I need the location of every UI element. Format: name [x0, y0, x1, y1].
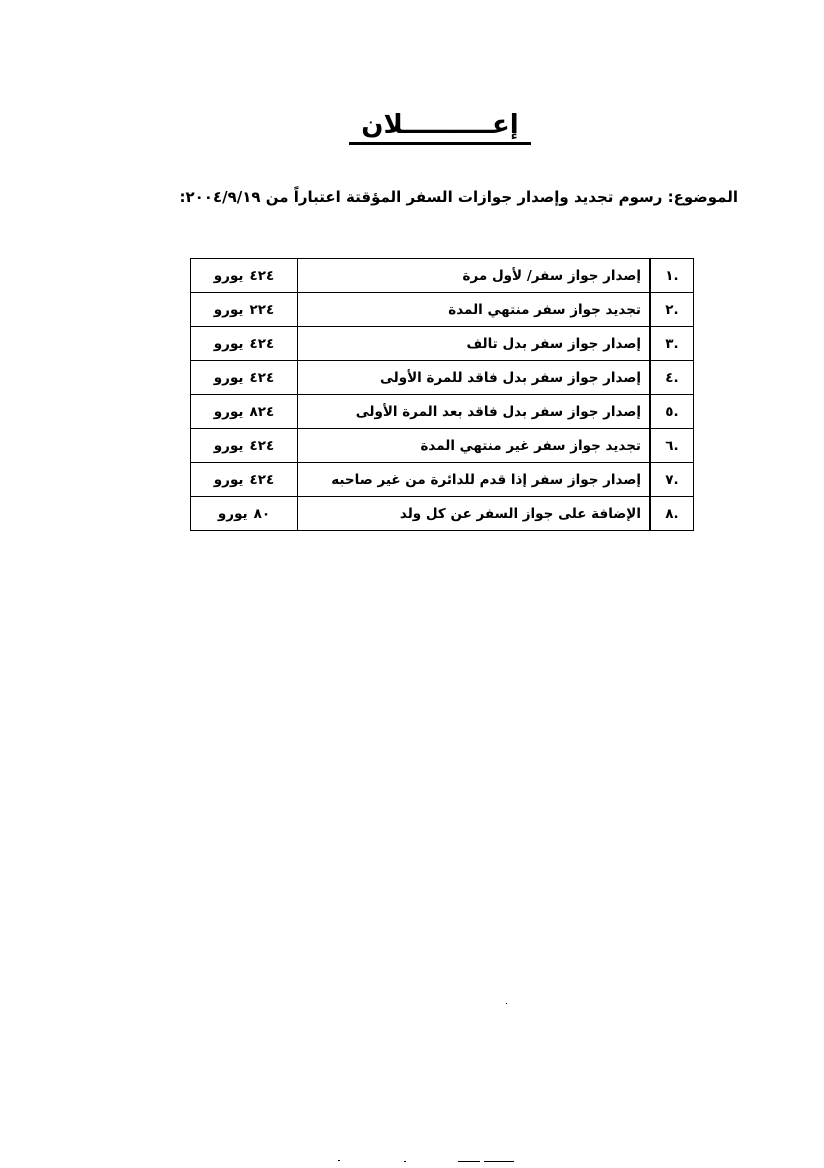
page-title: إعــــــــــلان — [300, 110, 580, 145]
fee-amount: ٤٢٤ — [249, 370, 274, 386]
row-number: .٥ — [650, 395, 694, 429]
row-number: .٧ — [650, 463, 694, 497]
table-row: .٦ تجديد جواز سفر غير منتهي المدة ٤٢٤يور… — [191, 429, 694, 463]
fee-description: إصدار جواز سفر بدل فاقد للمرة الأولى — [298, 361, 651, 395]
scan-artifact — [458, 1161, 480, 1162]
fee-currency: يورو — [214, 268, 244, 284]
fee-currency: يورو — [214, 302, 244, 318]
fees-table: .١ إصدار جواز سفر/ لأول مرة ٤٢٤يورو .٢ ت… — [190, 258, 694, 531]
scan-artifact — [404, 1161, 406, 1162]
fee-description: إصدار جواز سفر إذا قدم للدائرة من غير صا… — [298, 463, 651, 497]
fee-amount: ٤٢٤ — [249, 438, 274, 454]
page-title-text: إعــــــــــلان — [349, 110, 530, 145]
fee-cell: ٤٢٤يورو — [191, 259, 298, 293]
fee-amount: ٨٢٤ — [249, 404, 274, 420]
fee-description: تجديد جواز سفر غير منتهي المدة — [298, 429, 651, 463]
subject-line: الموضوع: رسوم تجديد وإصدار جوازات السفر … — [118, 188, 738, 206]
fee-amount: ٢٢٤ — [249, 302, 274, 318]
table-row: .١ إصدار جواز سفر/ لأول مرة ٤٢٤يورو — [191, 259, 694, 293]
fee-cell: ٤٢٤يورو — [191, 361, 298, 395]
fee-cell: ٨٠يورو — [191, 497, 298, 531]
fee-currency: يورو — [214, 404, 244, 420]
fee-cell: ٤٢٤يورو — [191, 327, 298, 361]
fee-cell: ٤٢٤يورو — [191, 429, 298, 463]
row-number: .٤ — [650, 361, 694, 395]
table-row: .٥ إصدار جواز سفر بدل فاقد بعد المرة الأ… — [191, 395, 694, 429]
fee-description: تجديد جواز سفر منتهي المدة — [298, 293, 651, 327]
scan-artifact — [338, 1160, 340, 1161]
fee-currency: يورو — [214, 438, 244, 454]
fee-cell: ٢٢٤يورو — [191, 293, 298, 327]
row-number: .٣ — [650, 327, 694, 361]
row-number: .٨ — [650, 497, 694, 531]
fee-cell: ٤٢٤يورو — [191, 463, 298, 497]
fee-description: إصدار جواز سفر بدل تالف — [298, 327, 651, 361]
row-number: .٦ — [650, 429, 694, 463]
row-number: .٢ — [650, 293, 694, 327]
fee-currency: يورو — [214, 370, 244, 386]
table-row: .٢ تجديد جواز سفر منتهي المدة ٢٢٤يورو — [191, 293, 694, 327]
fee-description: إصدار جواز سفر/ لأول مرة — [298, 259, 651, 293]
scan-artifact — [484, 1161, 514, 1162]
table-row: .٤ إصدار جواز سفر بدل فاقد للمرة الأولى … — [191, 361, 694, 395]
fee-amount: ٨٠ — [254, 506, 270, 522]
table-row: .٣ إصدار جواز سفر بدل تالف ٤٢٤يورو — [191, 327, 694, 361]
scan-artifact — [506, 1003, 507, 1004]
fee-currency: يورو — [214, 472, 244, 488]
table-row: .٧ إصدار جواز سفر إذا قدم للدائرة من غير… — [191, 463, 694, 497]
fee-currency: يورو — [214, 336, 244, 352]
fee-amount: ٤٢٤ — [249, 472, 274, 488]
fee-cell: ٨٢٤يورو — [191, 395, 298, 429]
fee-amount: ٤٢٤ — [249, 336, 274, 352]
row-number: .١ — [650, 259, 694, 293]
fee-amount: ٤٢٤ — [249, 268, 274, 284]
fee-description: إصدار جواز سفر بدل فاقد بعد المرة الأولى — [298, 395, 651, 429]
fee-currency: يورو — [218, 506, 248, 522]
table-row: .٨ الإضافة على جواز السفر عن كل ولد ٨٠يو… — [191, 497, 694, 531]
fee-description: الإضافة على جواز السفر عن كل ولد — [298, 497, 651, 531]
